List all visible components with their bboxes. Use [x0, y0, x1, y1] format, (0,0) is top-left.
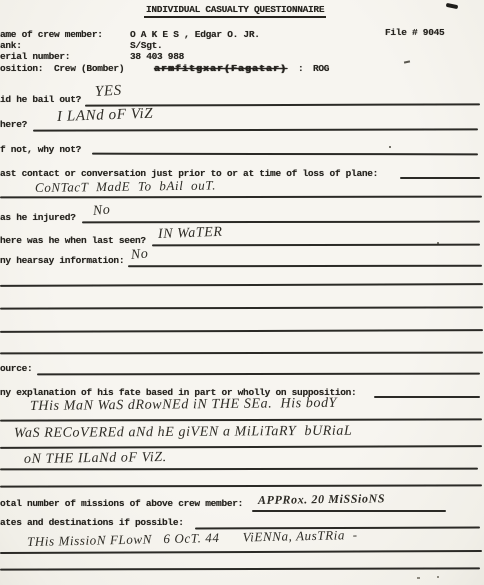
blank-line [0, 283, 483, 287]
ink-speck [404, 60, 410, 63]
pen-mark [446, 3, 459, 9]
answer-line [37, 373, 480, 376]
dates-label: ates and destinations if possible: [0, 517, 184, 528]
rank-label: ank: [0, 40, 22, 51]
answer-line [152, 244, 480, 247]
explanation-answer-line1: THis MaN WaS dRowNEd iN THE SEa. His bod… [30, 396, 337, 415]
blank-line [0, 484, 482, 487]
answer-line [252, 510, 446, 512]
hearsay-answer: No [130, 247, 149, 264]
position-struck-text: armfitgxar(Fagatar) [154, 63, 287, 74]
answer-line [0, 445, 482, 449]
injured-label: as he injured? [0, 212, 76, 223]
last-seen-answer: IN WaTER [158, 225, 223, 243]
where-label: here? [0, 119, 27, 130]
bail-out-label: id he bail out? [0, 94, 81, 105]
blank-line [0, 352, 483, 355]
answer-line [82, 221, 480, 224]
last-contact-answer: CoNTacT MadE To bAil ouT. [35, 177, 216, 196]
answer-line [0, 550, 482, 554]
file-number: File # 9045 [385, 27, 444, 38]
answer-line [0, 418, 482, 421]
answer-line [128, 265, 482, 268]
missions-label: otal number of missions of above crew me… [0, 498, 243, 509]
answer-line [33, 128, 478, 131]
ink-speck [417, 577, 420, 579]
where-answer: I LANd oF ViZ [57, 106, 154, 126]
injured-answer: No [92, 203, 111, 220]
last-seen-label: here was he when last seen? [0, 235, 146, 246]
ink-speck [437, 576, 439, 578]
blank-line [0, 567, 480, 570]
name-value: O A K E S , Edgar O. JR. [130, 29, 260, 40]
dates-answer: THis MissioN FLowN 6 OcT. 44 ViENNa, Aus… [27, 527, 358, 550]
explanation-answer-line3: oN THE ILaNd oF ViZ. [24, 450, 167, 468]
answer-line [0, 468, 478, 471]
serial-label: erial number: [0, 51, 70, 62]
position-value: ROG [313, 63, 329, 74]
ink-dot [389, 146, 391, 148]
hearsay-label: ny hearsay information: [0, 255, 124, 266]
explanation-answer-line2: WaS RECoVEREd aNd hE giVEN a MiLiTaRY bU… [14, 424, 353, 442]
position-label: osition: Crew (Bomber) [0, 63, 124, 74]
bail-out-answer: YES [95, 83, 123, 101]
name-label: ame of crew member: [0, 29, 103, 40]
if-not-label: f not, why not? [0, 144, 81, 155]
answer-line [374, 396, 480, 398]
questionnaire-document: INDIVIDUAL CASUALTY QUESTIONNAIRE File #… [0, 0, 484, 585]
missions-answer: APPRox. 20 MiSSioNS [258, 491, 385, 508]
position-colon: : [298, 63, 303, 74]
blank-line [0, 306, 483, 309]
serial-value: 38 403 988 [130, 51, 184, 62]
answer-line [92, 153, 478, 156]
rank-value: S/Sgt. [130, 40, 162, 51]
answer-line [400, 177, 480, 179]
blank-line [0, 329, 483, 333]
source-label: ource: [0, 363, 32, 374]
document-title: INDIVIDUAL CASUALTY QUESTIONNAIRE [144, 4, 326, 18]
answer-line [0, 196, 482, 199]
